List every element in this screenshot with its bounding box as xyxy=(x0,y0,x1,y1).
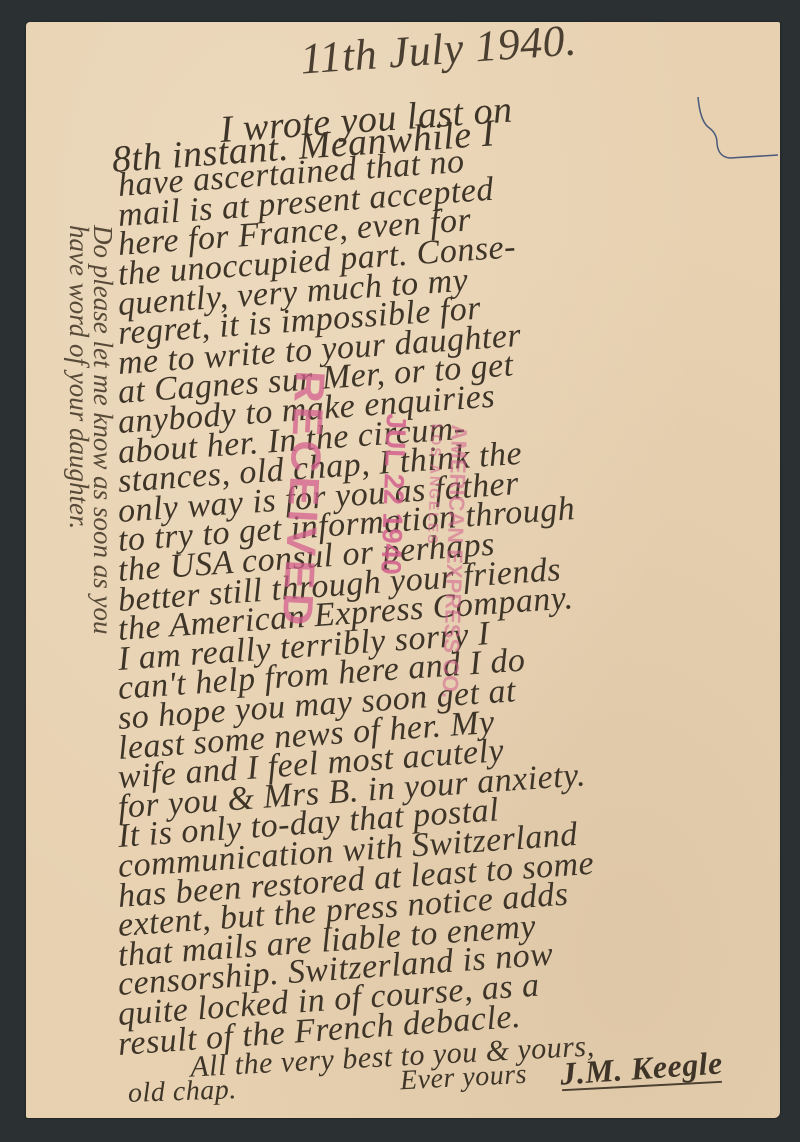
blue-pencil-mark xyxy=(690,95,780,175)
closing-tail: old chap. xyxy=(127,1074,237,1110)
margin-note-line-2: have word of your daughter. xyxy=(64,225,94,529)
valediction: Ever yours xyxy=(399,1059,528,1098)
date-stamp: JUL 22 1940 xyxy=(374,413,412,575)
company-stamp: AMERICAN EXPRESS CO. LOS ANGELES xyxy=(416,423,470,698)
